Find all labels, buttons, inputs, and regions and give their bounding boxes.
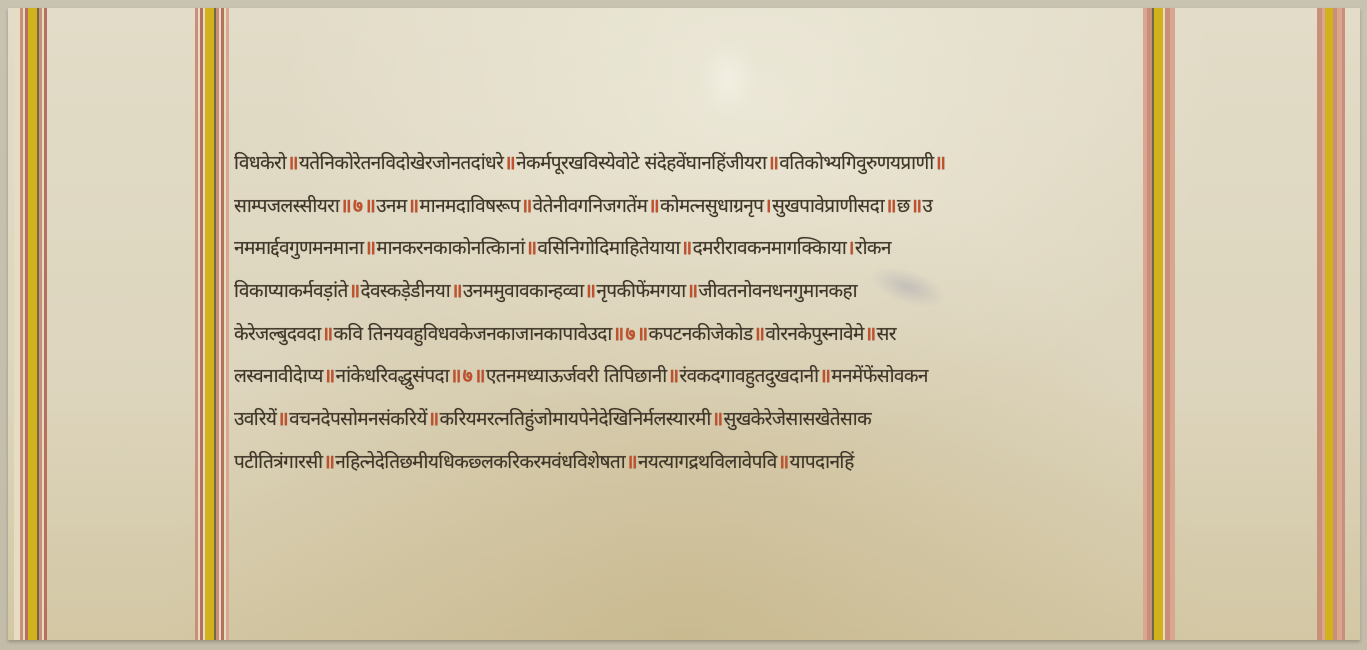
danda-mark: ॥	[767, 152, 780, 174]
text-segment: वसिनिगोदिमाहितेयाया	[537, 237, 679, 259]
text-segment: छ	[897, 195, 910, 217]
text-segment: नहित्नेदेतिछमीयधिकछ्लकरिकरमवंधविशेषता	[335, 451, 625, 473]
text-segment: मानमदाविषरूप	[419, 195, 519, 217]
danda-mark: ॥	[864, 323, 877, 345]
danda-mark: ॥	[363, 195, 376, 217]
text-segment: रंवकदगावहुतदुखदानी	[679, 365, 818, 387]
danda-mark: ॥	[777, 451, 790, 473]
danda-mark: ॥	[339, 195, 352, 217]
danda-mark: ॥	[276, 408, 289, 430]
danda-mark: ॥	[584, 280, 597, 302]
danda-mark: ॥	[321, 323, 334, 345]
danda-mark: ॥	[363, 237, 376, 259]
danda-mark: ॥	[625, 451, 638, 473]
manuscript-text-block: विधकेरो॥यतेनिकोरेतनविदोखेरजोनतदांधरे॥नेक…	[234, 146, 1142, 488]
text-line-5: केरेजल्बुदवदा॥कवि तिनयवहुविधवकेजनकाजानका…	[234, 317, 1142, 360]
text-line-6: लस्वनावीदेाप्य॥नांकेधरिवद्धुसंपदा॥७॥एतनम…	[234, 359, 1142, 402]
text-segment: दमरीरावकनमागक्किाया	[693, 237, 847, 259]
danda-mark: ॥	[680, 237, 693, 259]
text-segment: मानकरनकाकोनत्किानां	[376, 237, 524, 259]
text-segment: करियमरत्नतिहुंजोमायपेनेदेखिनिर्मलस्यारमी	[440, 408, 711, 430]
text-segment: जीवतनोवनधनगुमानकहा	[698, 280, 857, 302]
verse-number: ७	[352, 195, 363, 217]
text-segment: नृपकीफेंमगया	[596, 280, 685, 302]
text-segment: नयत्यागद्रथविलावेपवि	[638, 451, 777, 473]
danda-mark: ॥	[449, 365, 462, 387]
danda-mark: ॥	[286, 152, 299, 174]
danda-mark: ।	[763, 195, 772, 217]
danda-mark: ॥	[612, 323, 625, 345]
text-line-7: उवरियें॥वचनदेपसोमनसंकरियें॥करियमरत्नतिहु…	[234, 402, 1142, 445]
left-outer-margin-rules	[14, 8, 47, 640]
danda-mark: ॥	[450, 280, 463, 302]
danda-mark: ॥	[323, 365, 336, 387]
danda-mark: ॥	[525, 237, 538, 259]
danda-mark: ॥	[818, 365, 831, 387]
danda-mark: ॥	[884, 195, 897, 217]
text-segment: यतेनिकोरेतनविदोखेरजोनतदांधरे	[299, 152, 503, 174]
text-segment: नममार्द्दवगुणमनमाना	[234, 237, 363, 259]
right-inner-margin-rules	[1143, 8, 1175, 640]
text-segment: कपटनकीजेकोड	[649, 323, 753, 345]
danda-mark: ॥	[503, 152, 516, 174]
text-segment: कोमत्नसुधाग्रनृप	[660, 195, 763, 217]
left-inner-margin-rules	[195, 8, 229, 640]
paper-crease	[698, 38, 758, 118]
text-segment: उनम	[376, 195, 407, 217]
danda-mark: ॥	[427, 408, 440, 430]
text-segment: वोरनकेपुस्नावेमे	[765, 323, 863, 345]
danda-mark: ॥	[322, 451, 335, 473]
danda-mark: ॥	[636, 323, 649, 345]
danda-mark: ॥	[910, 195, 923, 217]
danda-mark: ॥	[348, 280, 361, 302]
danda-mark: ॥	[473, 365, 486, 387]
danda-mark: ॥	[934, 152, 947, 174]
text-segment: केरेजल्बुदवदा	[234, 323, 321, 345]
text-line-2: साम्पजलस्सीयरा॥७॥उनम॥मानमदाविषरूप॥वेतेनी…	[234, 189, 1142, 232]
text-segment: वचनदेपसोमनसंकरियें	[289, 408, 427, 430]
text-segment: उ	[922, 195, 932, 217]
text-segment: एतनमध्याऊर्जवरी तिपिछानी	[486, 365, 667, 387]
text-segment: देवस्कड़ेडीनया	[360, 280, 450, 302]
text-segment: साम्पजलस्सीयरा	[234, 195, 339, 217]
text-segment: कवि तिनयवहुविधवकेजनकाजानकापावेउदा	[334, 323, 612, 345]
text-segment: विधकेरो	[234, 152, 286, 174]
text-segment: रोकन	[855, 237, 891, 259]
danda-mark: ॥	[667, 365, 680, 387]
text-segment: नेकर्मपूरखविस्येवोटे संदेहवेंघानहिंजीयरा	[516, 152, 766, 174]
right-outer-margin-rules	[1317, 8, 1345, 640]
verse-number: ७	[624, 323, 635, 345]
text-segment: वतिकोभ्यगिवुरुणयप्राणी	[779, 152, 933, 174]
danda-mark: ॥	[520, 195, 533, 217]
text-line-4: विकाप्याकर्मवड़ांते॥देवस्कड़ेडीनया॥उनममु…	[234, 274, 1142, 317]
danda-mark: ॥	[711, 408, 724, 430]
text-line-3: नममार्द्दवगुणमनमाना॥मानकरनकाकोनत्किानां॥…	[234, 231, 1142, 274]
danda-mark: ॥	[686, 280, 699, 302]
text-segment: सुखपावेप्राणीसदा	[772, 195, 884, 217]
verse-number: ७	[462, 365, 473, 387]
text-segment: उनममुवावकान्हव्वा	[463, 280, 584, 302]
text-segment: सुखकेरेजेसासखेतेसाक	[724, 408, 872, 430]
text-line-1: विधकेरो॥यतेनिकोरेतनविदोखेरजोनतदांधरे॥नेक…	[234, 146, 1142, 189]
text-segment: यापदानहिं	[790, 451, 854, 473]
text-segment: मनमेंफेंसोवकन	[831, 365, 928, 387]
text-segment: पटीतित्रंगारसी	[234, 451, 322, 473]
danda-mark: ॥	[753, 323, 766, 345]
text-segment: वेतेनीवगनिजगतेंम	[533, 195, 648, 217]
text-line-8: पटीतित्रंगारसी॥नहित्नेदेतिछमीयधिकछ्लकरिक…	[234, 445, 1142, 488]
danda-mark: ॥	[407, 195, 420, 217]
text-segment: सर	[877, 323, 896, 345]
danda-mark: ॥	[647, 195, 660, 217]
text-segment: विकाप्याकर्मवड़ांते	[234, 280, 348, 302]
text-segment: उवरियें	[234, 408, 276, 430]
text-segment: लस्वनावीदेाप्य	[234, 365, 323, 387]
text-segment: नांकेधरिवद्धुसंपदा	[336, 365, 449, 387]
danda-mark: ।	[846, 237, 855, 259]
